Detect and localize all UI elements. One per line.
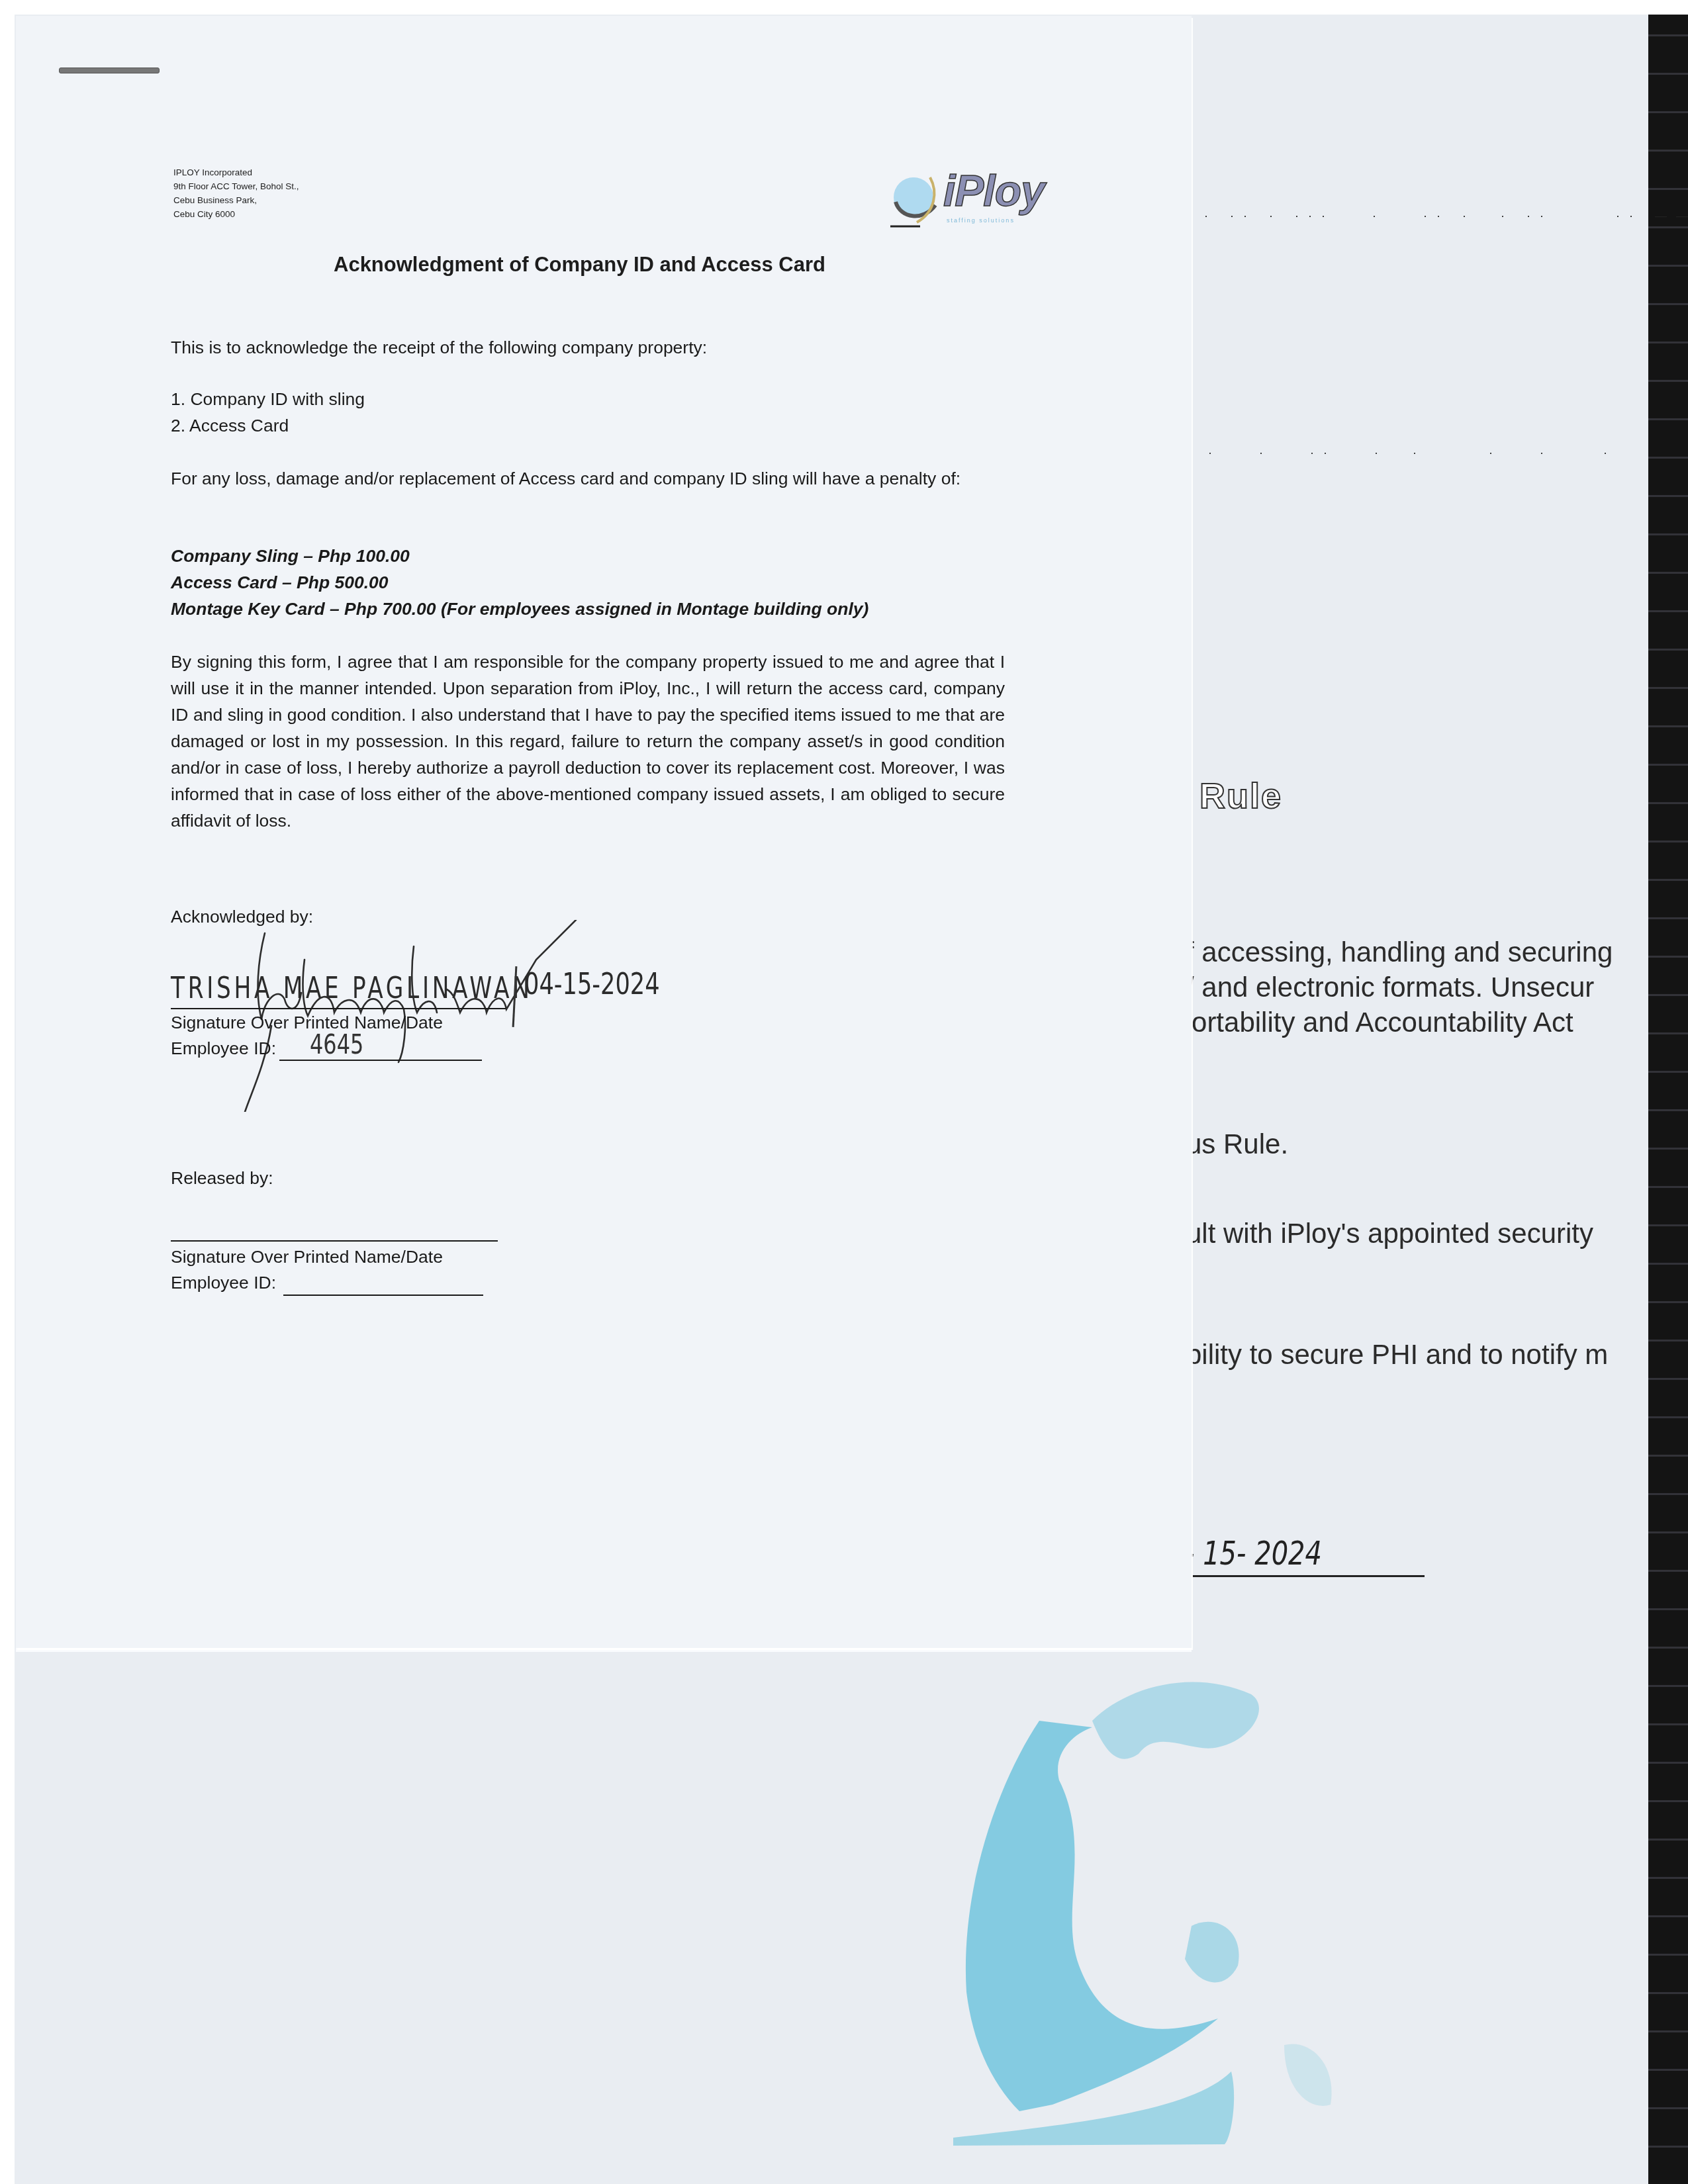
- sender-line: Cebu City 6000: [173, 207, 299, 221]
- sender-line: 9th Floor ACC Tower, Bohol St.,: [173, 179, 299, 193]
- penalty-item: Access Card – Php 500.00: [171, 569, 1005, 596]
- back-line: 'ortability and Accountability Act: [1186, 1007, 1573, 1038]
- employee-id-value: 4645: [310, 1030, 363, 1060]
- logo-wordmark: iPloy: [943, 165, 1045, 216]
- penalty-item: Montage Key Card – Php 700.00 (For emplo…: [171, 596, 1005, 622]
- release-employee-id-label: Employee ID:: [171, 1270, 276, 1296]
- faint-dots: · · ·· · · · · ·: [1208, 446, 1617, 460]
- released-by-label: Released by:: [171, 1168, 273, 1189]
- globe-watermark-icon: [940, 1648, 1403, 2151]
- release-signature-line: [171, 1240, 498, 1242]
- sender-line: Cebu Business Park,: [173, 193, 299, 207]
- back-line: bility to secure PHI and to notify m: [1186, 1339, 1608, 1371]
- signature-caption: Signature Over Printed Name/Date: [171, 1010, 443, 1036]
- property-item: 1. Company ID with sling: [171, 386, 1005, 412]
- release-signature-caption: Signature Over Printed Name/Date: [171, 1244, 443, 1270]
- release-employee-id-line: [283, 1295, 483, 1296]
- back-line: ult with iPloy's appointed security: [1186, 1218, 1593, 1250]
- scanner-edge: [1648, 15, 1688, 2184]
- printed-name: TRISHA MAE PAGLINAWAN: [171, 972, 533, 1005]
- property-list: 1. Company ID with sling 2. Access Card: [171, 386, 1005, 439]
- back-line: f accessing, handling and securing: [1186, 936, 1613, 968]
- logo-tagline: staffing solutions: [947, 217, 1015, 224]
- faint-dots: · · ·· · ··· · ·· · · ·· ·· ——: [1178, 209, 1688, 223]
- penalty-lead-text: For any loss, damage and/or replacement …: [171, 465, 1005, 492]
- iploy-logo: iPloy staffing solutions: [884, 165, 1056, 232]
- document-title: Acknowledgment of Company ID and Access …: [334, 253, 825, 277]
- sender-address: IPLOY Incorporated 9th Floor ACC Tower, …: [173, 165, 299, 221]
- staple-mark: [59, 68, 160, 73]
- globe-logo-icon: [884, 165, 943, 232]
- penalty-list: Company Sling – Php 100.00 Access Card –…: [171, 543, 1005, 622]
- penalty-item: Company Sling – Php 100.00: [171, 543, 1005, 569]
- sender-line: IPLOY Incorporated: [173, 165, 299, 179]
- back-line: us Rule.: [1186, 1128, 1288, 1160]
- employee-id-label: Employee ID:: [171, 1036, 276, 1062]
- property-item: 2. Access Card: [171, 412, 1005, 439]
- back-line: / and electronic formats. Unsecur: [1186, 972, 1594, 1003]
- signature-line: [171, 1008, 506, 1009]
- signature-date: 04-15-2024: [524, 968, 660, 1001]
- back-heading-fragment: Rule: [1199, 776, 1282, 817]
- agreement-paragraph: By signing this form, I agree that I am …: [171, 649, 1005, 834]
- back-signature-line: [1193, 1575, 1425, 1577]
- intro-text: This is to acknowledge the receipt of th…: [171, 334, 1005, 361]
- back-handwritten-date: - 15- 2024: [1185, 1534, 1322, 1572]
